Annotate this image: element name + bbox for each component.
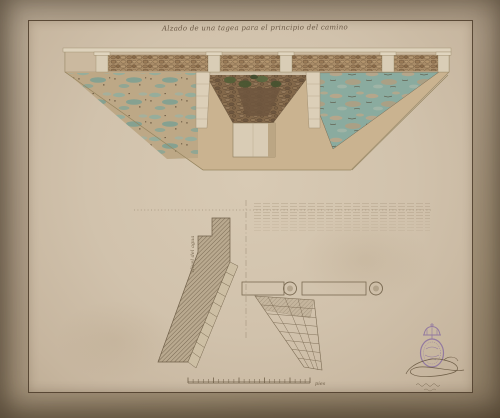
water-hatching <box>252 203 430 233</box>
culvert-pier <box>233 123 275 157</box>
signature-caption-script <box>416 384 440 387</box>
plan-view: Nivel del agua <box>128 196 438 374</box>
wing-wall-right-steps <box>255 296 322 370</box>
scale-bar: pies <box>182 375 342 391</box>
scale-ticks <box>188 378 310 384</box>
sill-beam <box>242 282 284 295</box>
scanned-drawing-sheet: Alzado de una tagea para el principio de… <box>0 0 500 418</box>
left-water-surface <box>67 73 198 159</box>
wall-annotation-label: Nivel del agua <box>190 236 196 274</box>
timber-sills-and-posts <box>242 282 383 295</box>
sill-beam <box>302 282 366 295</box>
coping-course <box>63 48 451 52</box>
elevation-view <box>40 46 460 174</box>
signature-flourish-icon <box>400 352 478 396</box>
parapet <box>63 48 451 72</box>
scale-unit-label: pies <box>315 381 326 387</box>
